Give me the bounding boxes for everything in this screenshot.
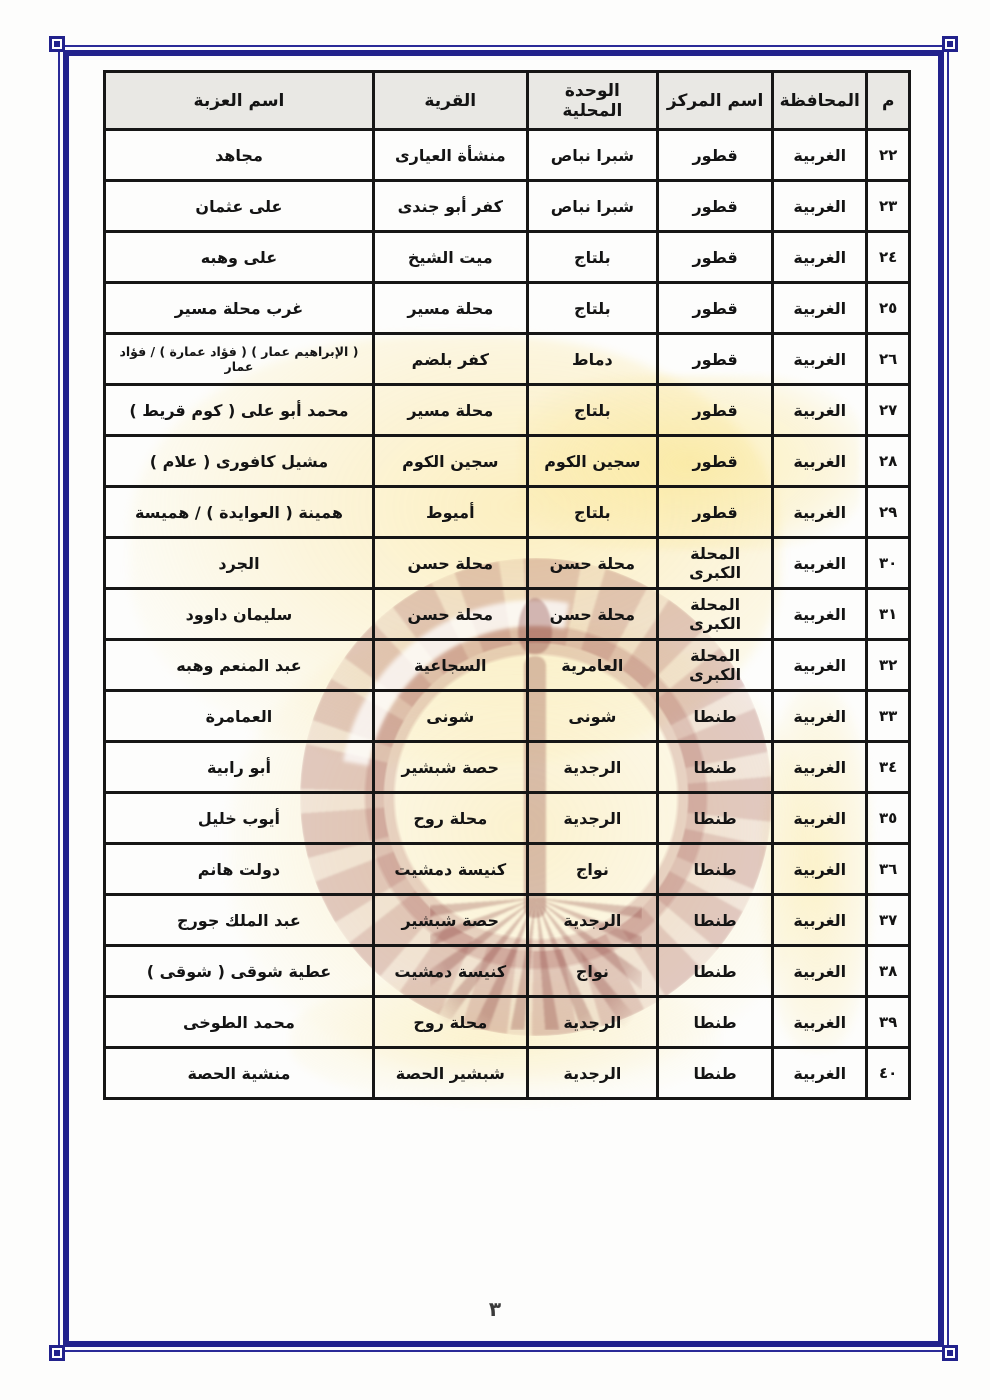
table-row: ٢٢الغربيةقطورشبرا نباصمنشأة العيارىمجاهد [105,130,910,181]
cell-unit: محلة حسن [527,538,657,589]
cell-village: سجين الكوم [373,436,527,487]
cell-num: ٣٤ [867,742,910,793]
cell-hamlet: عطية شوقى ( شوقى ) [105,946,374,997]
cell-village: محلة روح [373,997,527,1048]
table-body: ٢٢الغربيةقطورشبرا نباصمنشأة العيارىمجاهد… [105,130,910,1099]
cell-center: قطور [658,232,773,283]
cell-hamlet: مجاهد [105,130,374,181]
cell-village: محلة روح [373,793,527,844]
cell-center: قطور [658,334,773,385]
cell-hamlet: عبد المنعم وهبه [105,640,374,691]
cell-center: المحلة الكبرى [658,640,773,691]
cell-village: منشأة العيارى [373,130,527,181]
cell-unit: سجين الكوم [527,436,657,487]
cell-num: ٣٢ [867,640,910,691]
cell-unit: شبرا نباص [527,181,657,232]
frame-corner-ornament [49,1345,65,1361]
header-cell-num: م [867,72,910,130]
hamlets-table: م المحافظة اسم المركز الوحدة المحلية الق… [103,70,911,1100]
cell-governorate: الغربية [773,742,867,793]
cell-center: طنطا [658,1048,773,1099]
cell-num: ٢٤ [867,232,910,283]
table-row: ٣٩الغربيةطنطاالرجديةمحلة روحمحمد الطوخى [105,997,910,1048]
cell-village: كفر بلضم [373,334,527,385]
cell-num: ٣٨ [867,946,910,997]
table-row: ٣٥الغربيةطنطاالرجديةمحلة روحأيوب خليل [105,793,910,844]
header-cell-center: اسم المركز [658,72,773,130]
cell-hamlet: محمد أبو على ( كوم قريط ) [105,385,374,436]
cell-village: كنيسة دمشيت [373,844,527,895]
cell-num: ٣٩ [867,997,910,1048]
cell-village: كنيسة دمشيت [373,946,527,997]
cell-hamlet: غرب محلة مسير [105,283,374,334]
cell-center: المحلة الكبرى [658,538,773,589]
cell-unit: نواج [527,844,657,895]
cell-village: محلة حسن [373,589,527,640]
cell-governorate: الغربية [773,1048,867,1099]
cell-village: ميت الشيخ [373,232,527,283]
cell-village: شبشير الحصة [373,1048,527,1099]
cell-hamlet: عبد الملك جورج [105,895,374,946]
cell-center: طنطا [658,844,773,895]
cell-governorate: الغربية [773,589,867,640]
header-cell-village: القرية [373,72,527,130]
table-row: ٣١الغربيةالمحلة الكبرىمحلة حسنمحلة حسنسل… [105,589,910,640]
cell-num: ٤٠ [867,1048,910,1099]
header-cell-governorate: المحافظة [773,72,867,130]
frame-corner-ornament [942,36,958,52]
cell-hamlet: أبو رابية [105,742,374,793]
cell-village: محلة حسن [373,538,527,589]
cell-hamlet: مشيل كافورى ( علام ) [105,436,374,487]
cell-governorate: الغربية [773,895,867,946]
cell-hamlet: محمد الطوخى [105,997,374,1048]
cell-num: ٢٩ [867,487,910,538]
table-row: ٢٧الغربيةقطوربلتاجمحلة مسيرمحمد أبو على … [105,385,910,436]
cell-hamlet: العمامرة [105,691,374,742]
cell-unit: الرجدية [527,895,657,946]
cell-center: طنطا [658,997,773,1048]
cell-unit: بلتاج [527,385,657,436]
cell-hamlet: همينة ( العوايدة ) / هميسة [105,487,374,538]
cell-village: شونى [373,691,527,742]
cell-unit: دماط [527,334,657,385]
cell-unit: الرجدية [527,742,657,793]
cell-num: ٢٥ [867,283,910,334]
cell-unit: الرجدية [527,793,657,844]
cell-center: طنطا [658,691,773,742]
cell-governorate: الغربية [773,997,867,1048]
cell-village: محلة مسير [373,283,527,334]
cell-hamlet: الجرد [105,538,374,589]
cell-governorate: الغربية [773,946,867,997]
table-row: ٣٤الغربيةطنطاالرجديةحصة شبشيرأبو رابية [105,742,910,793]
frame-corner-ornament [49,36,65,52]
cell-village: حصة شبشير [373,742,527,793]
table-row: ٤٠الغربيةطنطاالرجديةشبشير الحصةمنشية الح… [105,1048,910,1099]
cell-unit: نواج [527,946,657,997]
cell-governorate: الغربية [773,181,867,232]
cell-unit: شبرا نباص [527,130,657,181]
cell-center: طنطا [658,895,773,946]
cell-governorate: الغربية [773,283,867,334]
cell-center: طنطا [658,946,773,997]
cell-num: ٢٢ [867,130,910,181]
cell-village: حصة شبشير [373,895,527,946]
table-row: ٣٢الغربيةالمحلة الكبرىالعامريةالسجاعيةعب… [105,640,910,691]
table-row: ٢٥الغربيةقطوربلتاجمحلة مسيرغرب محلة مسير [105,283,910,334]
cell-hamlet: على وهبه [105,232,374,283]
table-row: ٢٩الغربيةقطوربلتاجأميوطهمينة ( العوايدة … [105,487,910,538]
cell-center: طنطا [658,742,773,793]
cell-governorate: الغربية [773,844,867,895]
cell-village: أميوط [373,487,527,538]
cell-center: قطور [658,436,773,487]
cell-unit: الرجدية [527,997,657,1048]
cell-unit: بلتاج [527,487,657,538]
cell-governorate: الغربية [773,385,867,436]
cell-num: ٣٠ [867,538,910,589]
cell-center: قطور [658,181,773,232]
cell-center: قطور [658,283,773,334]
table-row: ٢٨الغربيةقطورسجين الكومسجين الكوممشيل كا… [105,436,910,487]
table-row: ٣٠الغربيةالمحلة الكبرىمحلة حسنمحلة حسنال… [105,538,910,589]
cell-hamlet: ( الإبراهيم عمار ) ( فؤاد عمارة ) / فؤاد… [105,334,374,385]
table-row: ٣٦الغربيةطنطانواجكنيسة دمشيتدولت هانم [105,844,910,895]
table-row: ٣٧الغربيةطنطاالرجديةحصة شبشيرعبد الملك ج… [105,895,910,946]
cell-hamlet: دولت هانم [105,844,374,895]
cell-unit: بلتاج [527,232,657,283]
cell-unit: بلتاج [527,283,657,334]
cell-center: قطور [658,385,773,436]
cell-hamlet: سليمان داوود [105,589,374,640]
cell-unit: محلة حسن [527,589,657,640]
cell-governorate: الغربية [773,793,867,844]
cell-hamlet: على عثمان [105,181,374,232]
cell-governorate: الغربية [773,232,867,283]
cell-governorate: الغربية [773,436,867,487]
table-header-row: م المحافظة اسم المركز الوحدة المحلية الق… [105,72,910,130]
cell-governorate: الغربية [773,487,867,538]
cell-num: ٣٧ [867,895,910,946]
cell-num: ٢٨ [867,436,910,487]
cell-center: قطور [658,130,773,181]
cell-num: ٢٧ [867,385,910,436]
cell-center: المحلة الكبرى [658,589,773,640]
cell-hamlet: أيوب خليل [105,793,374,844]
cell-governorate: الغربية [773,640,867,691]
page-number: ٣ [0,1297,990,1321]
table-row: ٣٣الغربيةطنطاشونىشونىالعمامرة [105,691,910,742]
cell-governorate: الغربية [773,130,867,181]
table-row: ٢٦الغربيةقطوردماطكفر بلضم( الإبراهيم عما… [105,334,910,385]
header-cell-hamlet: اسم العزبة [105,72,374,130]
frame-corner-ornament [942,1345,958,1361]
cell-village: كفر أبو جندى [373,181,527,232]
cell-governorate: الغربية [773,334,867,385]
table-row: ٢٤الغربيةقطوربلتاجميت الشيخعلى وهبه [105,232,910,283]
cell-center: طنطا [658,793,773,844]
table-row: ٣٨الغربيةطنطانواجكنيسة دمشيتعطية شوقى ( … [105,946,910,997]
cell-unit: العامرية [527,640,657,691]
cell-num: ٣٥ [867,793,910,844]
cell-unit: شونى [527,691,657,742]
cell-num: ٣٣ [867,691,910,742]
cell-num: ٢٦ [867,334,910,385]
table-row: ٢٣الغربيةقطورشبرا نباصكفر أبو جندىعلى عث… [105,181,910,232]
cell-village: السجاعية [373,640,527,691]
cell-governorate: الغربية [773,538,867,589]
cell-num: ٣٦ [867,844,910,895]
cell-center: قطور [658,487,773,538]
cell-unit: الرجدية [527,1048,657,1099]
cell-hamlet: منشية الحصة [105,1048,374,1099]
cell-num: ٣١ [867,589,910,640]
cell-village: محلة مسير [373,385,527,436]
header-cell-unit: الوحدة المحلية [527,72,657,130]
cell-num: ٢٣ [867,181,910,232]
cell-governorate: الغربية [773,691,867,742]
